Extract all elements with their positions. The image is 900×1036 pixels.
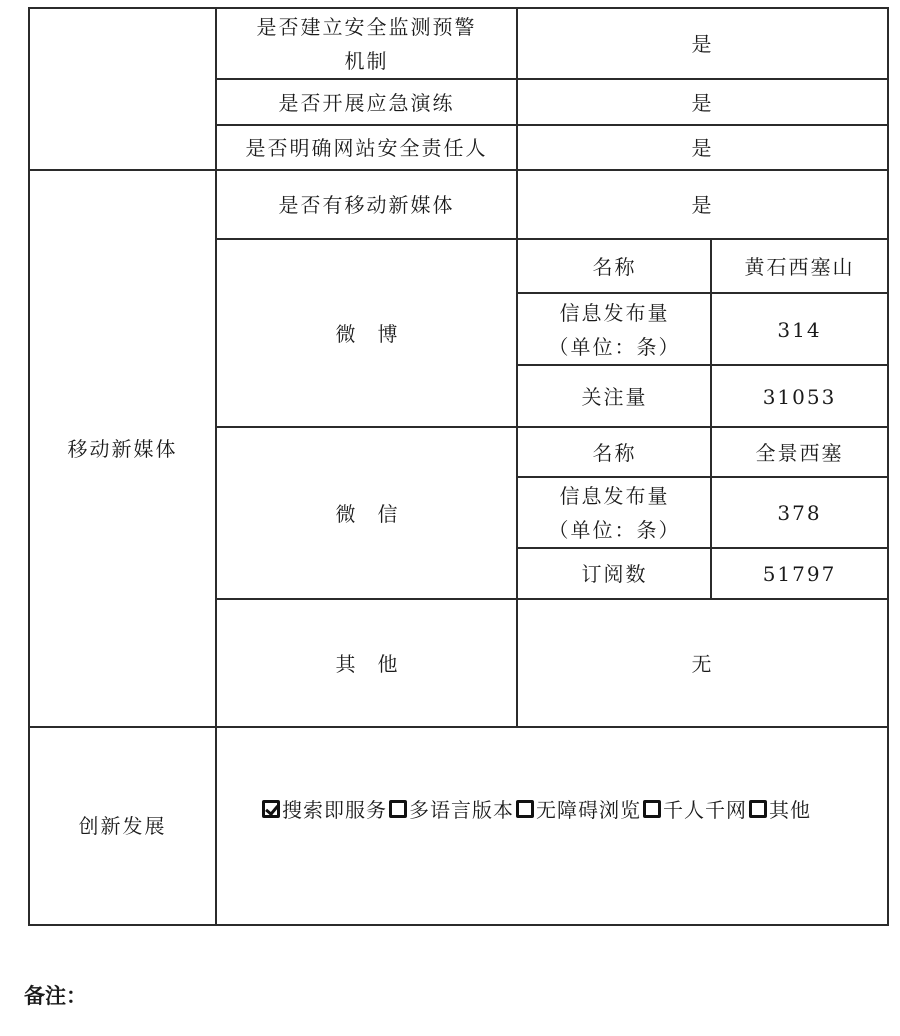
wechat-label: 微信 <box>217 428 516 599</box>
weibo-label-text: 微博 <box>336 317 420 351</box>
label-line: （单位：条） <box>549 330 681 364</box>
weibo-name-label: 名称 <box>518 240 711 293</box>
checkbox-accessibility[interactable] <box>516 800 534 818</box>
weibo-followers-value: 31053 <box>712 366 887 427</box>
has-mobile-media-label: 是否有移动新媒体 <box>217 171 516 239</box>
weibo-posts-value: 314 <box>712 294 887 365</box>
checkbox-personalized[interactable] <box>643 800 661 818</box>
emergency-drill-value: 是 <box>518 80 887 125</box>
wechat-posts-label: 信息发布量 （单位：条） <box>518 478 711 548</box>
option-label: 千人千网 <box>663 794 747 823</box>
mobile-media-section-label: 移动新媒体 <box>30 171 215 727</box>
innovation-options: 搜索即服务 多语言版本 无障碍浏览 千人千网 其他 <box>262 794 813 823</box>
label-line: 信息发布量 <box>560 296 670 330</box>
label-line: 是否建立安全监测预警 <box>257 10 477 44</box>
option-label: 其他 <box>769 794 811 823</box>
other-media-value: 无 <box>518 600 887 727</box>
wechat-posts-value: 378 <box>712 478 887 548</box>
emergency-drill-label: 是否开展应急演练 <box>217 80 516 125</box>
wechat-name-label: 名称 <box>518 428 711 477</box>
security-monitoring-value: 是 <box>518 9 887 79</box>
option-label: 多语言版本 <box>409 794 514 823</box>
checkbox-multilingual[interactable] <box>389 800 407 818</box>
option-label: 搜索即服务 <box>282 794 387 823</box>
label-line: 机制 <box>345 44 389 78</box>
wechat-subscribers-value: 51797 <box>712 549 887 599</box>
label-line: （单位：条） <box>549 513 681 547</box>
security-officer-label: 是否明确网站安全责任人 <box>217 126 516 170</box>
checkbox-other[interactable] <box>749 800 767 818</box>
security-monitoring-label: 是否建立安全监测预警 机制 <box>217 9 516 79</box>
other-media-label: 其他 <box>217 600 516 727</box>
weibo-posts-label: 信息发布量 （单位：条） <box>518 294 711 365</box>
wechat-name-value: 全景西塞 <box>712 428 887 477</box>
option-label: 无障碍浏览 <box>536 794 641 823</box>
remarks-label: 备注： <box>24 980 87 1010</box>
label-line: 信息发布量 <box>560 479 670 513</box>
weibo-label: 微博 <box>217 240 516 427</box>
security-officer-value: 是 <box>518 126 887 170</box>
weibo-name-value: 黄石西塞山 <box>712 240 887 293</box>
wechat-subscribers-label: 订阅数 <box>518 549 711 599</box>
table-border-bottom <box>28 924 889 926</box>
wechat-label-text: 微信 <box>336 497 420 531</box>
has-mobile-media-value: 是 <box>518 171 887 239</box>
weibo-followers-label: 关注量 <box>518 366 711 427</box>
innovation-section-label: 创新发展 <box>30 728 215 924</box>
table-border-right <box>887 7 889 926</box>
checkbox-search-service[interactable] <box>262 800 280 818</box>
other-media-label-text: 其他 <box>336 647 420 681</box>
